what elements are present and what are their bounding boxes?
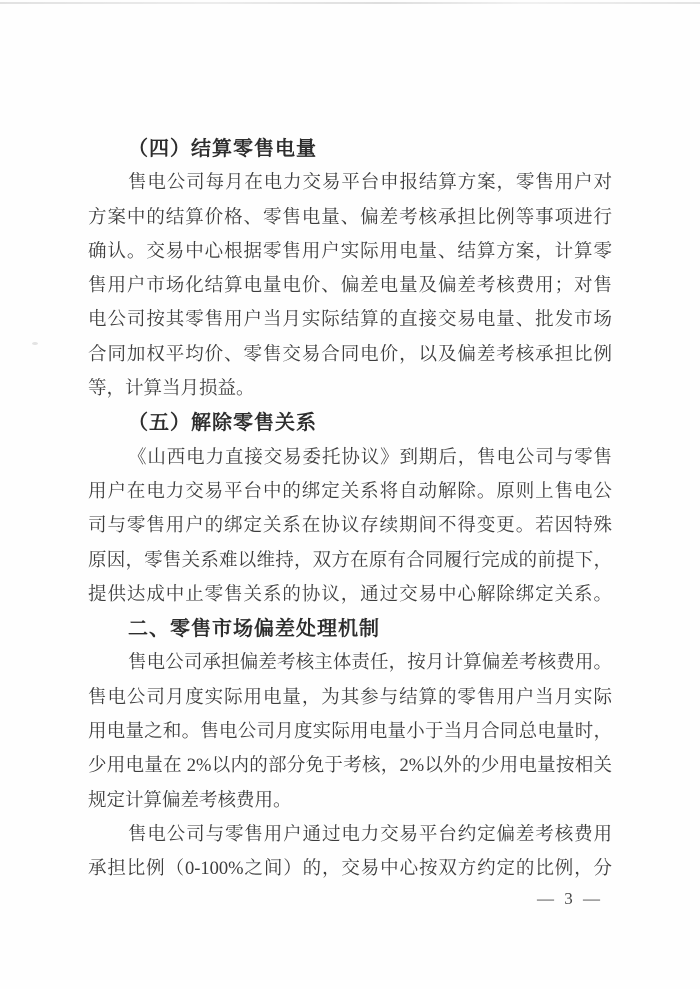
text-line: 《山西电力直接交易委托协议》到期后，售电公司与零售 (88, 441, 612, 475)
document-body: （四）结算零售电量售电公司每月在电力交易平台申报结算方案，零售用户对方案中的结算… (88, 132, 612, 887)
section-heading: 二、零售市场偏差处理机制 (88, 612, 612, 646)
scan-artifact-speck (32, 342, 38, 345)
section-heading: （四）结算零售电量 (88, 132, 612, 166)
scan-artifact-top-edge (0, 2, 700, 4)
text-line: 售电公司与零售用户通过电力交易平台约定偏差考核费用 (88, 818, 612, 852)
text-line: 合同加权平均价、零售交易合同电价，以及偏差考核承担比例 (88, 338, 612, 372)
text-line: 售电公司每月在电力交易平台申报结算方案，零售用户对 (88, 166, 612, 200)
text-line: 司与零售用户的绑定关系在协议存续期间不得变更。若因特殊 (88, 509, 612, 543)
text-line: 用电量之和。售电公司月度实际用电量小于当月合同总电量时， (88, 715, 612, 749)
text-line: 规定计算偏差考核费用。 (88, 784, 612, 818)
document-page: （四）结算零售电量售电公司每月在电力交易平台申报结算方案，零售用户对方案中的结算… (0, 0, 700, 989)
text-line: 少用电量在 2%以内的部分免于考核，2%以外的少用电量按相关 (88, 749, 612, 783)
text-line: 原因，零售关系难以维持，双方在原有合同履行完成的前提下， (88, 544, 612, 578)
text-line: 方案中的结算价格、零售电量、偏差考核承担比例等事项进行 (88, 201, 612, 235)
text-line: 电公司按其零售用户当月实际结算的直接交易电量、批发市场 (88, 303, 612, 337)
text-line: 确认。交易中心根据零售用户实际用电量、结算方案，计算零 (88, 235, 612, 269)
section-heading: （五）解除零售关系 (88, 406, 612, 440)
text-line: 提供达成中止零售关系的协议，通过交易中心解除绑定关系。 (88, 578, 612, 612)
text-line: 售用户市场化结算电量电价、偏差电量及偏差考核费用；对售 (88, 269, 612, 303)
text-line: 售电公司月度实际用电量，为其参与结算的零售用户当月实际 (88, 681, 612, 715)
text-line: 用户在电力交易平台中的绑定关系将自动解除。原则上售电公 (88, 475, 612, 509)
text-line: 售电公司承担偏差考核主体责任，按月计算偏差考核费用。 (88, 646, 612, 680)
text-line: 承担比例（0-100%之间）的，交易中心按双方约定的比例，分 (88, 852, 612, 886)
page-number: — 3 — (520, 886, 620, 912)
text-line: 等，计算当月损益。 (88, 372, 612, 406)
